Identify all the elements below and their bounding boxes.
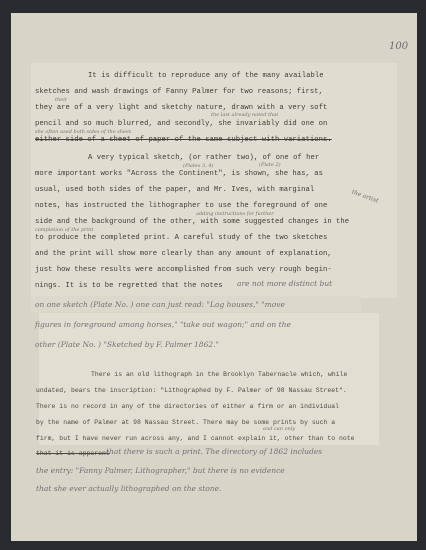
typed-line: usual, used both sides of the paper, and… xyxy=(35,186,314,194)
handwritten-note: completion of the print xyxy=(35,227,93,233)
handwritten-note: the last already noted that xyxy=(211,112,278,118)
typed-line: side and the background of the other, wi… xyxy=(35,218,349,226)
typed-line: and the print will show more clearly tha… xyxy=(35,250,332,258)
page-number: 100 xyxy=(389,41,408,52)
typed-line: just how these results were accomplished… xyxy=(35,266,332,274)
typed-line: undated, bears the inscription: "Lithogr… xyxy=(36,387,347,394)
typed-line: A very typical sketch, (or rather two), … xyxy=(88,154,319,162)
typed-line: either side of a sheet of paper of the s… xyxy=(35,136,332,144)
typed-line: they are of a very light and sketchy nat… xyxy=(35,104,327,112)
handwritten-note: on one sketch (Plate No. ) one can just … xyxy=(35,300,285,309)
handwritten-note: adding instructions for further xyxy=(196,211,274,217)
typed-line: that it is apparent xyxy=(36,450,110,457)
typed-line: pencil and so much blurred, and secondly… xyxy=(35,120,327,128)
typed-line: It is difficult to reproduce any of the … xyxy=(88,72,324,80)
pasted-slip-1 xyxy=(31,63,397,298)
handwritten-note: the entry: "Fanny Palmer, Lithographer,"… xyxy=(36,466,285,475)
handwritten-note: that she ever actually lithographed on t… xyxy=(36,484,221,493)
typed-line: sketches and wash drawings of Fanny Palm… xyxy=(35,88,323,96)
handwritten-note: she often used both sides of the sheet. xyxy=(35,129,133,135)
handwritten-note: figures in foreground among horses," "ta… xyxy=(35,320,291,329)
handwritten-note: (Plate 2) xyxy=(259,162,281,168)
typed-line: firm, but I have never run across any, a… xyxy=(36,435,355,442)
typed-line: more important works "Across the Contine… xyxy=(35,170,323,178)
handwritten-note: are not more distinct but xyxy=(237,279,332,288)
handwritten-note: their xyxy=(55,97,67,103)
handwritten-note: other (Plate No. ) "Sketched by F. Palme… xyxy=(35,340,219,349)
typed-line: There is an old lithograph in the Brookl… xyxy=(91,371,347,378)
handwritten-note: (Plates 3, 4) xyxy=(183,163,214,169)
handwritten-note: and can only xyxy=(263,426,295,432)
document-page: 100 It is difficult to reproduce any of … xyxy=(11,13,417,541)
typed-line: There is no record in any of the directo… xyxy=(36,403,339,410)
typed-line: notes, has instructed the lithographer t… xyxy=(35,202,327,210)
typed-line: by the name of Palmer at 98 Nassau Stree… xyxy=(36,419,335,426)
handwritten-note: that there is such a print. The director… xyxy=(106,447,322,456)
typed-line: to produce the completed print. A carefu… xyxy=(35,234,327,242)
typed-line: nings. It is to be regretted that the no… xyxy=(35,282,223,290)
